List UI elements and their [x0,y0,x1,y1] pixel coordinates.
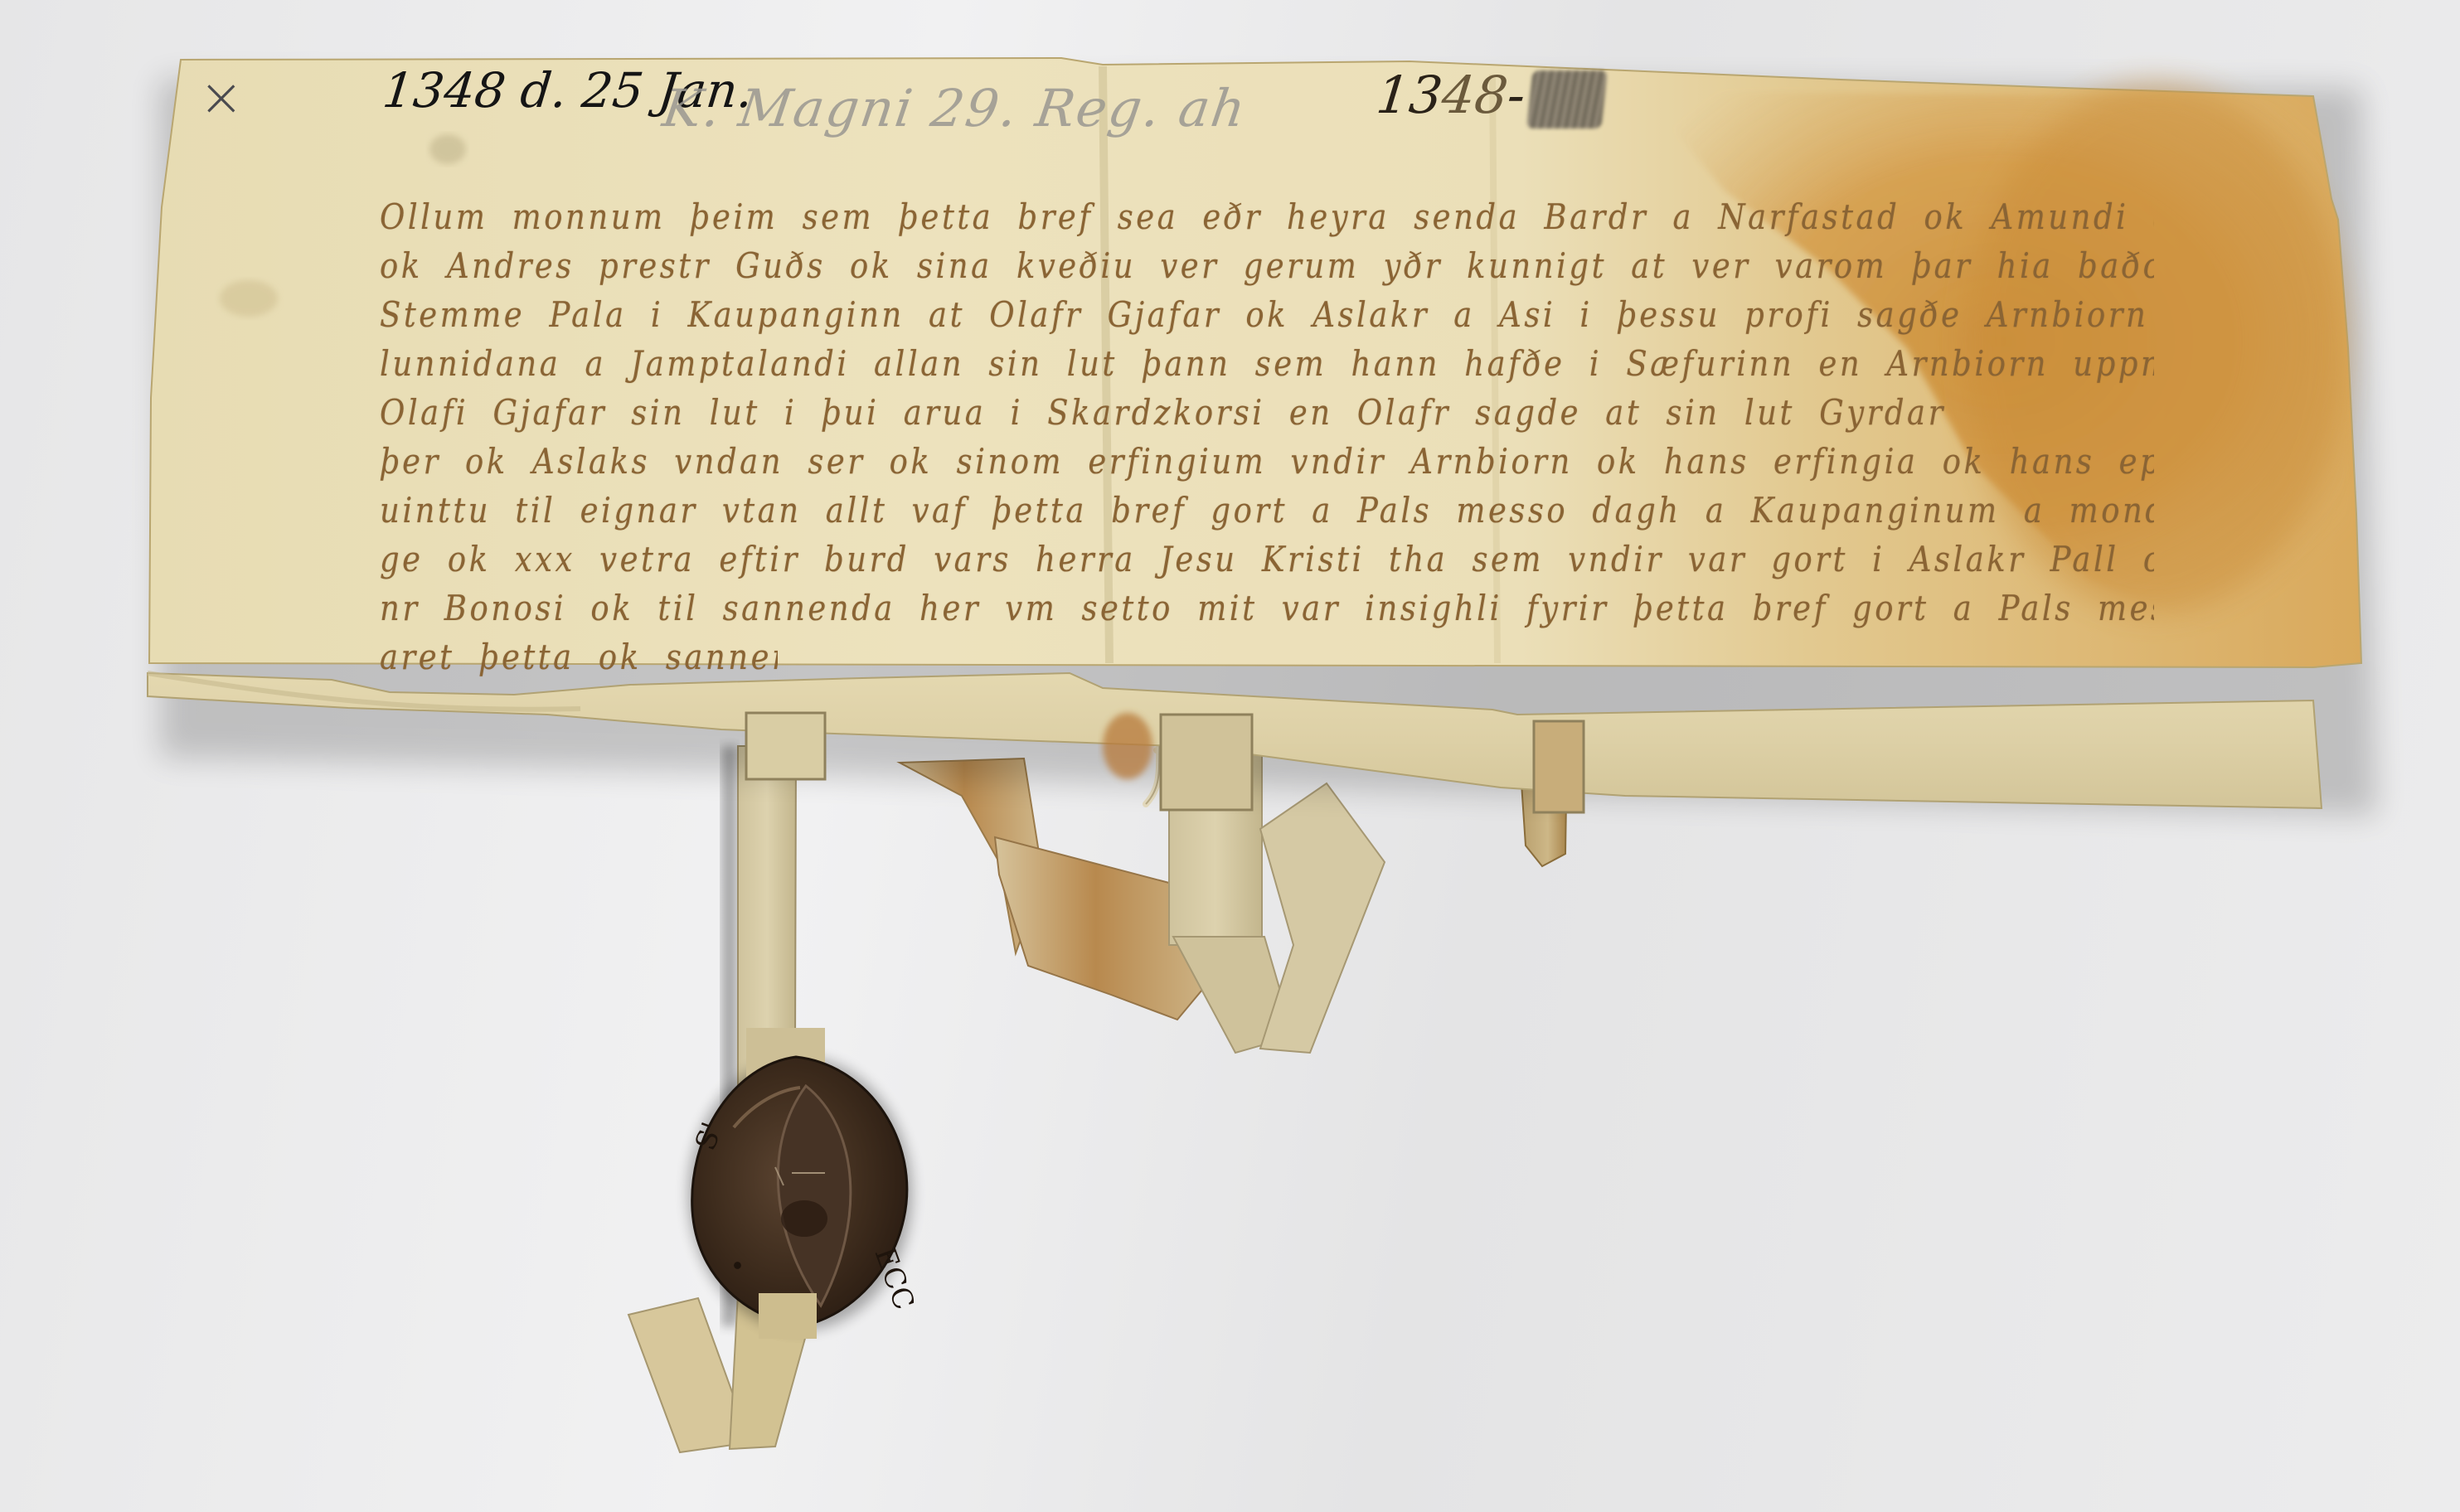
manuscript-line-5: Olafi Gjafar sin lut i þui arua i Skardz… [380,385,2154,441]
year-overwrite: 48 [1439,65,1511,125]
photograph: × 1348 d. 25 Jan. K. Magni 29. Reg. ah 1… [0,0,2460,1512]
ink-smudge [1526,70,1607,128]
corner-x-mark: × [199,71,244,124]
slit-left [746,713,825,779]
year-prefix: 13 [1374,65,1446,125]
slit-middle [1161,715,1252,810]
manuscript-line-9: nr Bonosi ok til sannenda her vm setto m… [380,580,2154,637]
manuscript-line-6: þer ok Aslaks vndan ser ok sinom erfingi… [380,434,2154,490]
manuscript-line-4: lunnidana a Jamptalandi allan sin lut þa… [380,336,2154,392]
wax-seal: S' ECC • [655,1028,937,1343]
pencil-reference-note: K. Magni 29. Reg. ah [660,83,1250,134]
parchment-sheet: × 1348 d. 25 Jan. K. Magni 29. Reg. ah 1… [0,0,2460,912]
manuscript-line-3: Stemme Pala i Kaupanginn at Olafr Gjafar… [380,287,2154,343]
year-annotation: 1348- [1373,70,1607,128]
manuscript-line-1: Ollum monnum þeim sem þetta bref sea eðr… [380,189,2154,245]
manuscript-line-7: uinttu til eignar vtan allt vaf þetta br… [380,482,2154,539]
charter-text: Ollum monnum þeim sem þetta bref sea eðr… [380,192,2154,681]
slit-right [1534,721,1584,812]
manuscript-line-2: ok Andres prestr Guðs ok sina kveðiu ver… [380,238,2154,294]
manuscript-line-10: aret þetta ok sannenda [380,629,778,686]
manuscript-line-8: ge ok xxx vetra eftir burd vars herra Je… [380,531,2154,588]
